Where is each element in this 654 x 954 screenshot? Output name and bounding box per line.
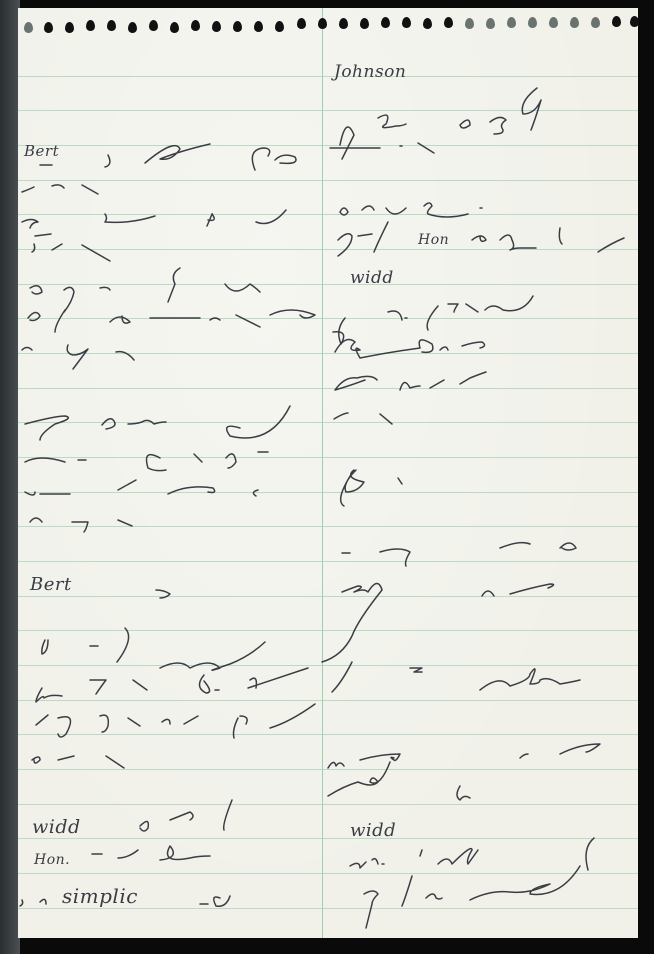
shorthand-strokes: [0, 0, 654, 954]
